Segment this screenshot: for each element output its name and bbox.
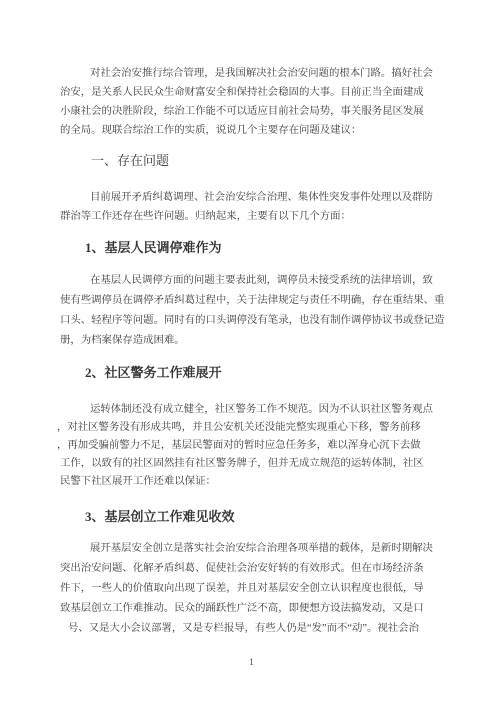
document-page: 对社会治安推行综合管理，是我国解决社会治安问题的根本门路。搞好社会 治安，是关系… [0,0,500,708]
text-line: 使有些调停员在调停矛盾纠葛过程中，关于法律规定与责任不明确，存在重结果、重 [60,291,443,311]
page-number: 1 [60,654,443,673]
item-1-paragraph: 在基层人民调停方面的问题主要表此刻，调停员未接受系统的法律培训，致 使有些调停员… [60,271,443,351]
text-line: 对社会治安推行综合管理，是我国解决社会治安问题的根本门路。搞好社会 [60,64,443,83]
text-line: 的全局。现联合综治工作的实质，说说几个主要存在问题及建议： [60,121,443,140]
text-line: 治安，是关系人民民众生命财富安全和保持社会稳固的大事。目前正当全面建成 [60,83,443,102]
intro-paragraph: 对社会治安推行综合管理，是我国解决社会治安问题的根本门路。搞好社会 治安，是关系… [60,64,443,140]
overview-paragraph: 目前展开矛盾纠葛调理、社会治安综合治理、集体性突发事件处理以及群防 群治等工作还… [60,188,443,226]
item-1-heading: 1、基层人民调停难作为 [85,238,443,257]
section-1-heading: 一、存在问题 [91,151,443,170]
text-line: 致基层创立工作难推动。民众的踊跃性广泛不高，即便想方设法搞发动，又是口 [60,599,443,619]
text-line: 民警下社区展开工作还难以保证： [60,473,443,491]
text-line: 突出治安问题、化解矛盾纠葛、促使社会治安好转的有效形式。但在市场经济条 [60,559,443,579]
text-line: 运转体制还没有成立健全，社区警务工作不规范。因为不认识社区警务观点 [60,401,443,419]
item-3-heading: 3、基层创立工作难见收效 [85,507,443,526]
text-line: 展开基层安全创立是落实社会治安综合治理各项举措的载体，是新时期解决 [60,539,443,559]
text-line: 件下，一些人的价值取向出现了误差，并且对基层安全创立认识程度也很低，导 [60,579,443,599]
text-line: 小康社会的决胜阶段，综治工作能不可以适应目前社会局势，事关服务昆区发展 [60,102,443,121]
text-line: 目前展开矛盾纠葛调理、社会治安综合治理、集体性突发事件处理以及群防 [60,188,443,207]
item-2-paragraph: 运转体制还没有成立健全，社区警务工作不规范。因为不认识社区警务观点 ，对社区警务… [60,401,443,491]
text-line: 群治等工作还存在些许问题。归纳起来，主要有以下几个方面： [60,207,443,226]
text-line: 号、又是大小会议部署，又是专栏报导，有些人仍是“发”而不“动”。视社会治 [60,619,443,639]
text-line: ，再加受骗前警力不足，基层民警面对的暂时应急任务多，难以浑身心沉下去做 [57,437,443,455]
text-line: ，对社区警务没有形成共鸣，并且公安机关还没能完整实现重心下移，警务前移 [57,419,443,437]
item-2-heading: 2、社区警务工作难展开 [85,363,443,382]
text-line: 工作，以致有的社区固然挂有社区警务牌子，但并无成立规范的运转体制，社区 [60,455,443,473]
text-line: 口头、轻程序等问题。同时有的口头调停没有笔录，也没有制作调停协议书或登记造 [60,311,443,331]
text-line: 在基层人民调停方面的问题主要表此刻，调停员未接受系统的法律培训，致 [60,271,443,291]
text-line: 册，为档案保存造成困难。 [60,331,443,351]
item-3-paragraph: 展开基层安全创立是落实社会治安综合治理各项举措的载体，是新时期解决 突出治安问题… [60,539,443,639]
